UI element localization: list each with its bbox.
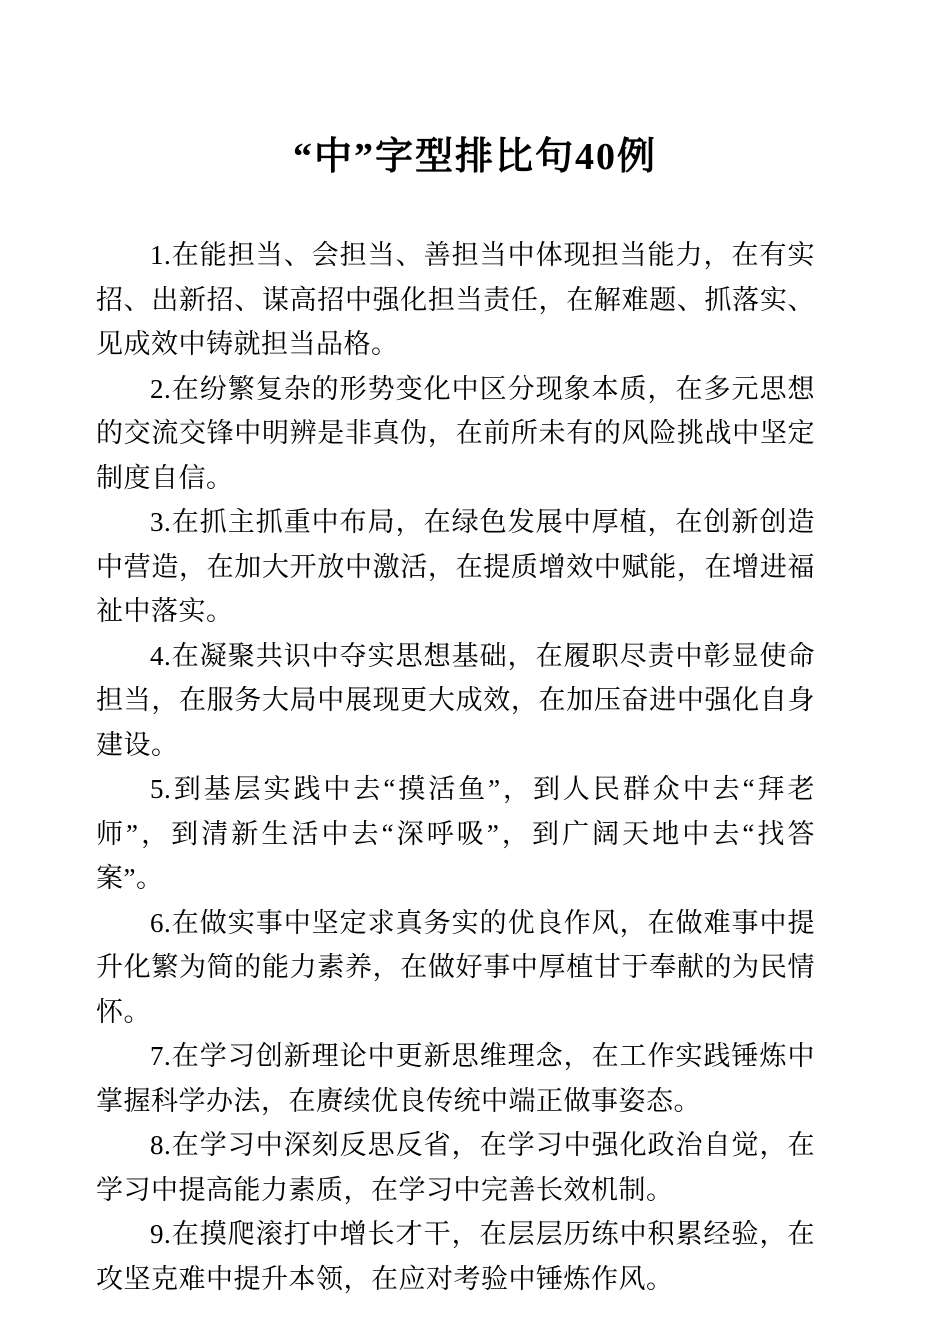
paragraph-1: 1.在能担当、会担当、善担当中体现担当能力，在有实招、出新招、谋高招中强化担当责… [96,233,815,367]
paragraph-2: 2.在纷繁复杂的形势变化中区分现象本质，在多元思想的交流交锋中明辨是非真伪，在前… [96,367,815,501]
paragraph-7: 7.在学习创新理论中更新思维理念，在工作实践锤炼中掌握科学办法，在赓续优良传统中… [96,1034,815,1123]
paragraph-6: 6.在做实事中坚定求真务实的优良作风，在做难事中提升化繁为简的能力素养，在做好事… [96,901,815,1035]
document-page: “中”字型排比句40例 1.在能担当、会担当、善担当中体现担当能力，在有实招、出… [0,0,950,1344]
paragraph-9: 9.在摸爬滚打中增长才干，在层层历练中积累经验，在攻坚克难中提升本领，在应对考验… [96,1212,815,1301]
paragraph-3: 3.在抓主抓重中布局，在绿色发展中厚植，在创新创造中营造，在加大开放中激活，在提… [96,500,815,634]
document-title: “中”字型排比句40例 [0,0,950,182]
paragraph-8: 8.在学习中深刻反思反省，在学习中强化政治自觉，在学习中提高能力素质，在学习中完… [96,1123,815,1212]
paragraph-4: 4.在凝聚共识中夺实思想基础，在履职尽责中彰显使命担当，在服务大局中展现更大成效… [96,634,815,768]
document-body: 1.在能担当、会担当、善担当中体现担当能力，在有实招、出新招、谋高招中强化担当责… [96,233,815,1301]
paragraph-5: 5.到基层实践中去“摸活鱼”，到人民群众中去“拜老师”，到清新生活中去“深呼吸”… [96,767,815,901]
